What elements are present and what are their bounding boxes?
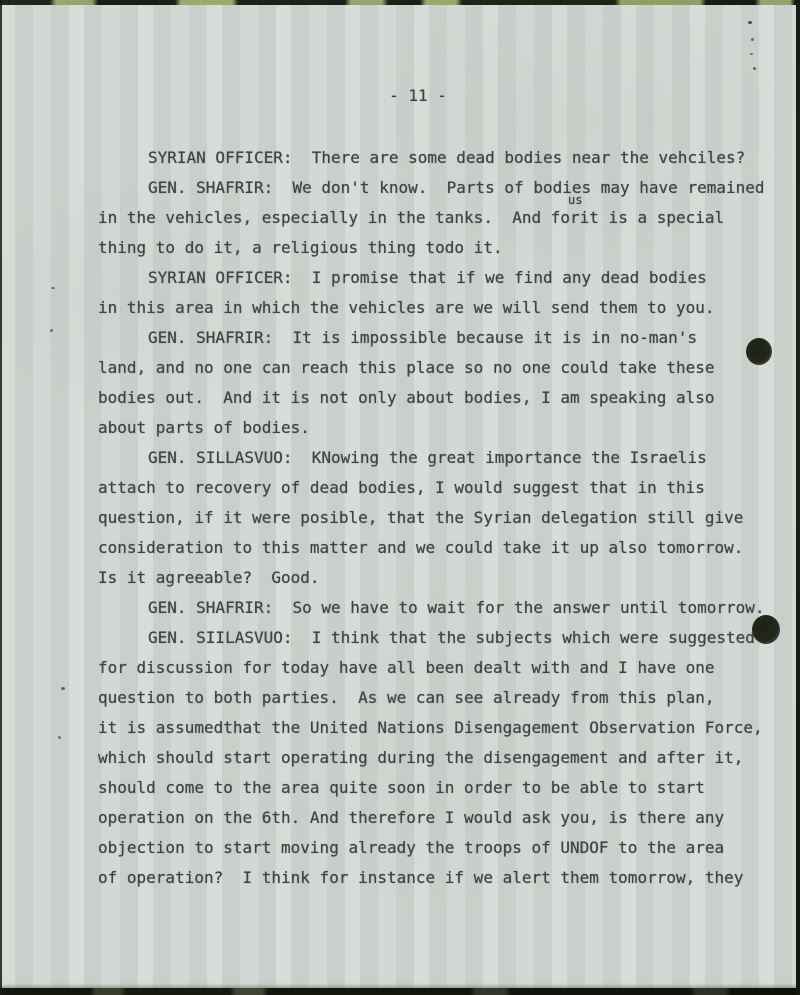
transcript-line: in this area in which the vehicles are w… (98, 293, 782, 323)
ink-speck (50, 329, 53, 332)
transcript-line: it is assumedthat the United Nations Dis… (98, 713, 782, 743)
transcript: SYRIAN OFFICER: There are some dead bodi… (98, 143, 782, 893)
transcript-line: bodies out. And it is not only about bod… (98, 383, 782, 413)
ink-speck (751, 38, 754, 41)
transcript-line: GEN. SILLASVUO: KNowing the great import… (98, 443, 782, 473)
ink-speck (753, 67, 756, 70)
scan-edge-top (0, 0, 800, 5)
transcript-line: of operation? I think for instance if we… (98, 863, 782, 893)
transcript-line: for discussion for today have all been d… (98, 653, 782, 683)
ink-speck (51, 287, 55, 289)
transcript-line: consideration to this matter and we coul… (98, 533, 782, 563)
transcript-line: GEN. SHAFRIR: We don't know. Parts of bo… (98, 173, 782, 203)
transcript-line: SYRIAN OFFICER: There are some dead bodi… (98, 143, 782, 173)
transcript-line: land, and no one can reach this place so… (98, 353, 782, 383)
transcript-line: GEN. SIILASVUO: I think that the subject… (98, 623, 782, 653)
transcript-line: operation on the 6th. And therefore I wo… (98, 803, 782, 833)
superscript-correction: rus (570, 203, 580, 233)
transcript-line: GEN. SHAFRIR: So we have to wait for the… (98, 593, 782, 623)
ink-speck (61, 687, 65, 690)
transcript-line: attach to recovery of dead bodies, I wou… (98, 473, 782, 503)
transcript-line: question to both parties. As we can see … (98, 683, 782, 713)
ink-speck (750, 53, 753, 55)
transcript-line: in the vehicles, especially in the tanks… (98, 203, 782, 233)
transcript-line: GEN. SHAFRIR: It is impossible because i… (98, 323, 782, 353)
transcript-line: thing to do it, a religious thing todo i… (98, 233, 782, 263)
ink-speck (748, 21, 752, 24)
transcript-line: which should start operating during the … (98, 743, 782, 773)
scan-edge-left (0, 0, 2, 995)
ink-speck (58, 736, 61, 739)
scan-edge-right (796, 0, 800, 995)
transcript-line: about parts of bodies. (98, 413, 782, 443)
transcript-line: question, if it were posible, that the S… (98, 503, 782, 533)
page-number: - 11 - (389, 81, 447, 111)
transcript-line: SYRIAN OFFICER: I promise that if we fin… (98, 263, 782, 293)
transcript-line: should come to the area quite soon in or… (98, 773, 782, 803)
scan-edge-bottom (0, 988, 800, 995)
transcript-line: objection to start moving already the tr… (98, 833, 782, 863)
transcript-line: Is it agreeable? Good. (98, 563, 782, 593)
